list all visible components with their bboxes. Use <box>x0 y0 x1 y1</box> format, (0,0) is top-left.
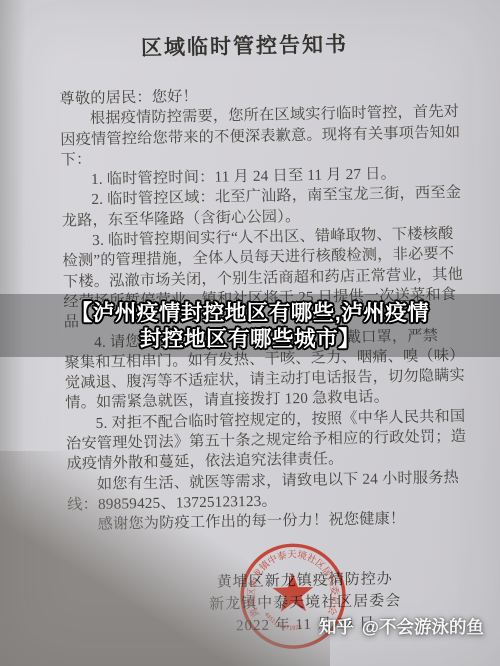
zhihu-logo-text: 知乎 <box>319 617 354 637</box>
zhihu-watermark: 知乎@不会游泳的鱼 <box>319 614 484 639</box>
table-surface-corner <box>0 451 330 666</box>
caption-line-1: 【泸州疫情封控地区有哪些,泸州疫情 <box>71 300 429 326</box>
document-title: 区域临时管控告知书 <box>0 25 495 65</box>
photo-background: 区域临时管控告知书 尊敬的居民：您好！ 根据疫情防控需要，您所在区域实行临时管控… <box>0 0 500 666</box>
caption-line-2: 封控地区有哪些城市】 <box>140 326 360 352</box>
watermark-username: @不会游泳的鱼 <box>362 617 484 637</box>
caption-overlay-band: 【泸州疫情封控地区有哪些,泸州疫情 封控地区有哪些城市】 <box>0 294 500 357</box>
